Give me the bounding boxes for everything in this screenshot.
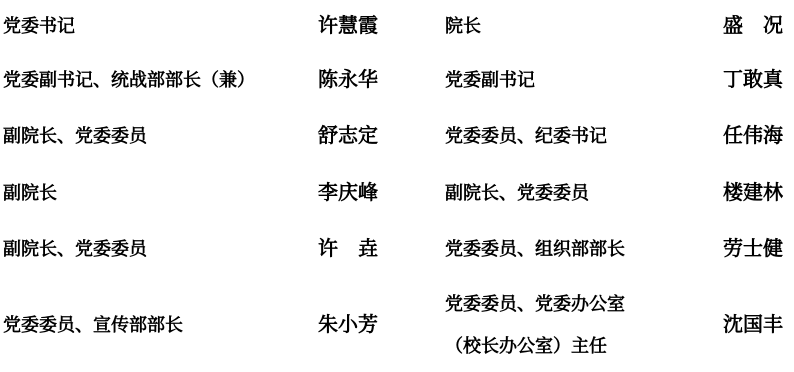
position-cell-left: 党委委员、宣传部部长 <box>0 316 315 334</box>
table-row: 副院长、党委委员 许 垚 党委委员、组织部部长 劳士健 <box>0 221 794 277</box>
table-row: 副院长 李庆峰 副院长、党委委员 楼建林 <box>0 164 794 221</box>
name-cell-left: 舒志定 <box>315 126 442 146</box>
name-cell-right: 劳士健 <box>720 239 794 259</box>
position-cell-right: 党委委员、纪委书记 <box>442 127 720 145</box>
name-cell-right: 丁敢真 <box>720 70 794 90</box>
name-cell-right: 盛 况 <box>720 16 794 36</box>
position-cell-right: 党委委员、党委办公室 （校长办公室）主任 <box>442 295 720 355</box>
position-cell-right: 副院长、党委委员 <box>442 184 720 202</box>
position-line-2: （校长办公室）主任 <box>445 337 720 355</box>
name-cell-right: 任伟海 <box>720 126 794 146</box>
name-cell-left: 陈永华 <box>315 70 442 90</box>
table-row: 党委委员、宣传部部长 朱小芳 党委委员、党委办公室 （校长办公室）主任 沈国丰 <box>0 277 794 372</box>
name-cell-left: 李庆峰 <box>315 183 442 203</box>
position-cell-right: 院长 <box>442 17 720 35</box>
position-cell-left: 副院长、党委委员 <box>0 240 315 258</box>
position-cell-left: 党委书记 <box>0 17 315 35</box>
leadership-page: 党委书记 许慧霞 院长 盛 况 党委副书记、统战部部长（兼） 陈永华 党委副书记… <box>0 0 794 372</box>
position-cell-left: 副院长、党委委员 <box>0 127 315 145</box>
name-cell-left: 许慧霞 <box>315 16 442 36</box>
name-cell-right: 楼建林 <box>720 183 794 203</box>
leadership-table: 党委书记 许慧霞 院长 盛 况 党委副书记、统战部部长（兼） 陈永华 党委副书记… <box>0 0 794 372</box>
position-cell-left: 副院长 <box>0 184 315 202</box>
position-cell-right: 党委副书记 <box>442 71 720 89</box>
position-cell-left: 党委副书记、统战部部长（兼） <box>0 71 315 89</box>
name-cell-right: 沈国丰 <box>720 315 794 335</box>
name-cell-left: 许 垚 <box>315 239 442 259</box>
table-row: 党委书记 许慧霞 院长 盛 况 <box>0 0 794 51</box>
table-row: 党委副书记、统战部部长（兼） 陈永华 党委副书记 丁敢真 <box>0 51 794 108</box>
table-row: 副院长、党委委员 舒志定 党委委员、纪委书记 任伟海 <box>0 108 794 164</box>
name-cell-left: 朱小芳 <box>315 315 442 335</box>
position-cell-right: 党委委员、组织部部长 <box>442 240 720 258</box>
position-line-1: 党委委员、党委办公室 <box>445 295 720 313</box>
